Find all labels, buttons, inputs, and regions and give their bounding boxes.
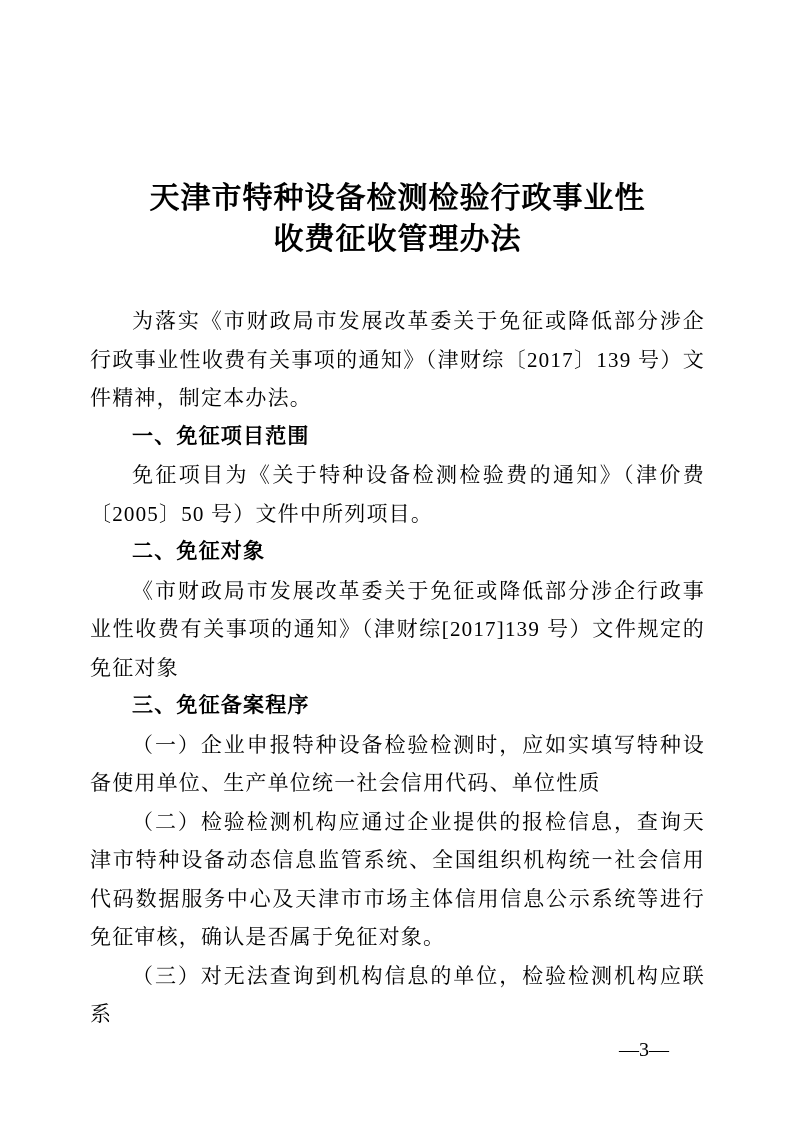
document-title-line1: 天津市特种设备检测检验行政事业性 <box>90 178 705 219</box>
section-3-heading: 三、免征备案程序 <box>90 687 705 726</box>
document-title: 天津市特种设备检测检验行政事业性 收费征收管理办法 <box>90 178 705 260</box>
page-number: —3— <box>619 1038 669 1062</box>
section-1-heading: 一、免征项目范围 <box>90 418 705 457</box>
section-3-paragraph-3: （三）对无法查询到机构信息的单位，检验检测机构应联系 <box>90 957 705 1034</box>
section-1-paragraph-1: 免征项目为《关于特种设备检测检验费的通知》（津价费〔2005〕50 号）文件中所… <box>90 456 705 533</box>
document-page: 天津市特种设备检测检验行政事业性 收费征收管理办法 为落实《市财政局市发展改革委… <box>0 0 794 1123</box>
intro-paragraph: 为落实《市财政局市发展改革委关于免征或降低部分涉企行政事业性收费有关事项的通知》… <box>90 302 705 418</box>
section-3-paragraph-2: （二）检验检测机构应通过企业提供的报检信息，查询天津市特种设备动态信息监管系统、… <box>90 803 705 957</box>
section-2-paragraph-1: 《市财政局市发展改革委关于免征或降低部分涉企行政事业性收费有关事项的通知》（津财… <box>90 572 705 688</box>
section-2-heading: 二、免征对象 <box>90 533 705 572</box>
section-3-paragraph-1: （一）企业申报特种设备检验检测时，应如实填写特种设备使用单位、生产单位统一社会信… <box>90 726 705 803</box>
document-title-line2: 收费征收管理办法 <box>90 219 705 260</box>
